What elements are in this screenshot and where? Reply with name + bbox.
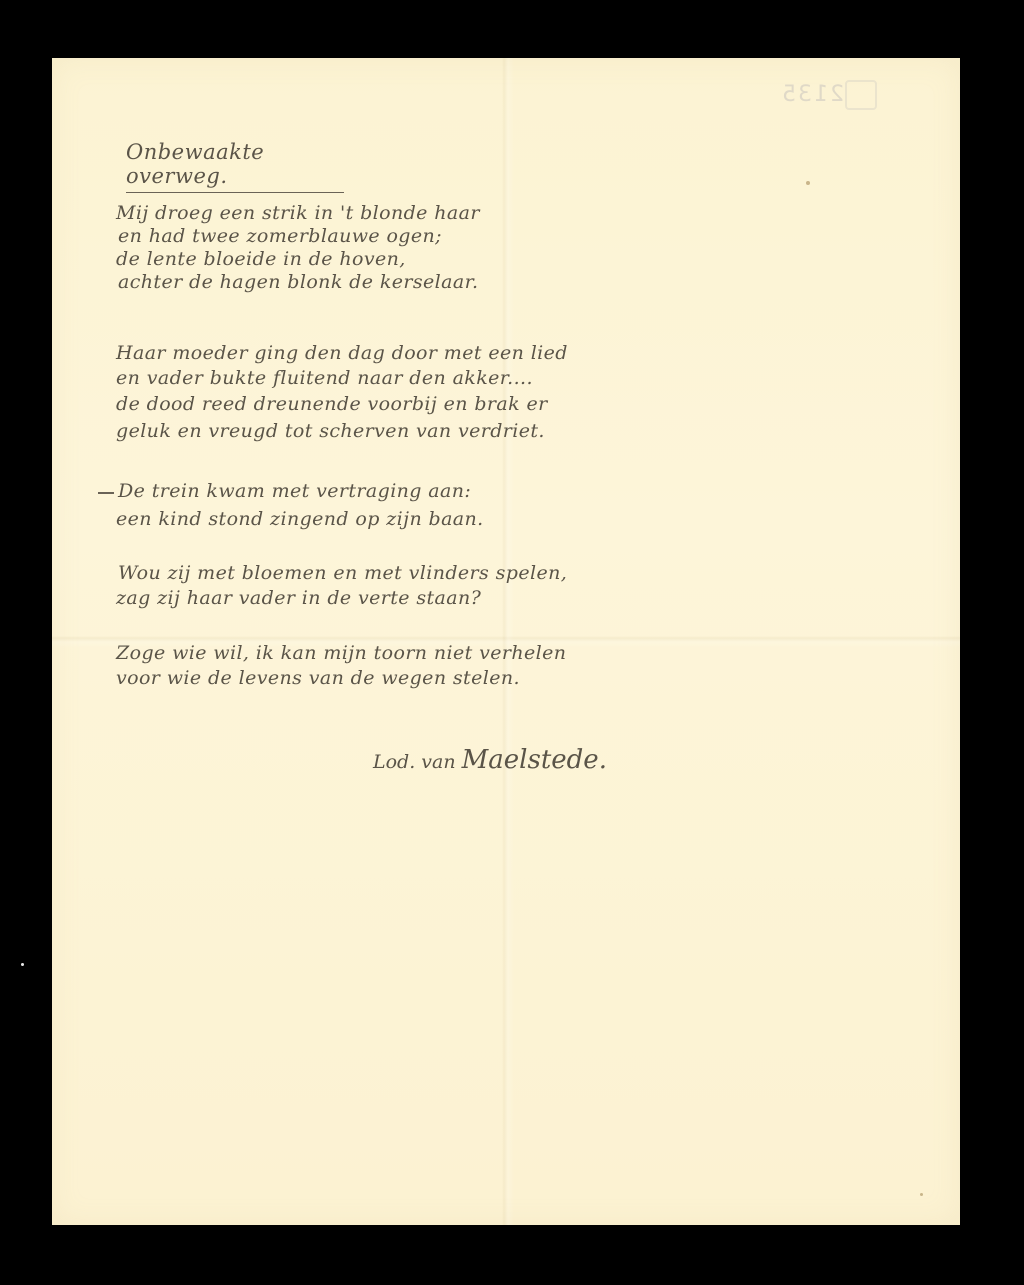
signature-prefix: Lod. van	[373, 751, 456, 773]
poem-line: Haar moeder ging den dag door met een li…	[116, 342, 568, 364]
poem-line: de lente bloeide in de hoven,	[116, 248, 406, 270]
poem-line: en vader bukte fluitend naar den akker..…	[116, 367, 533, 389]
poem-line: De trein kwam met vertraging aan:	[118, 480, 471, 502]
poem-line: Zoge wie wil, ik kan mijn toorn niet ver…	[116, 642, 566, 664]
poem-line: zag zij haar vader in de verte staan?	[116, 587, 481, 609]
paper-speck	[920, 1193, 923, 1196]
dust-speck	[21, 963, 24, 966]
poem-line: Mij droeg een strik in 't blonde haar	[116, 202, 480, 224]
author-signature: Lod. van Maelstede.	[373, 745, 607, 775]
poem-line: en had twee zomerblauwe ogen;	[118, 225, 442, 247]
poem-line: Wou zij met bloemen en met vlinders spel…	[118, 562, 567, 584]
poem-line: de dood reed dreunende voorbij en brak e…	[116, 393, 548, 415]
archive-stamp-showthrough: 2135	[780, 82, 844, 107]
stanza-margin-mark	[98, 492, 114, 494]
poem-line: voor wie de levens van de wegen stelen.	[116, 667, 520, 689]
paper-speck	[806, 181, 810, 185]
stamp-mark-showthrough	[845, 80, 877, 110]
poem-title: Onbewaakte overweg.	[126, 140, 344, 193]
poem-line: achter de hagen blonk de kerselaar.	[118, 271, 478, 293]
poem-line: een kind stond zingend op zijn baan.	[116, 508, 484, 530]
signature-surname: Maelstede.	[462, 745, 607, 775]
poem-line: geluk en vreugd tot scherven van verdrie…	[116, 420, 545, 442]
